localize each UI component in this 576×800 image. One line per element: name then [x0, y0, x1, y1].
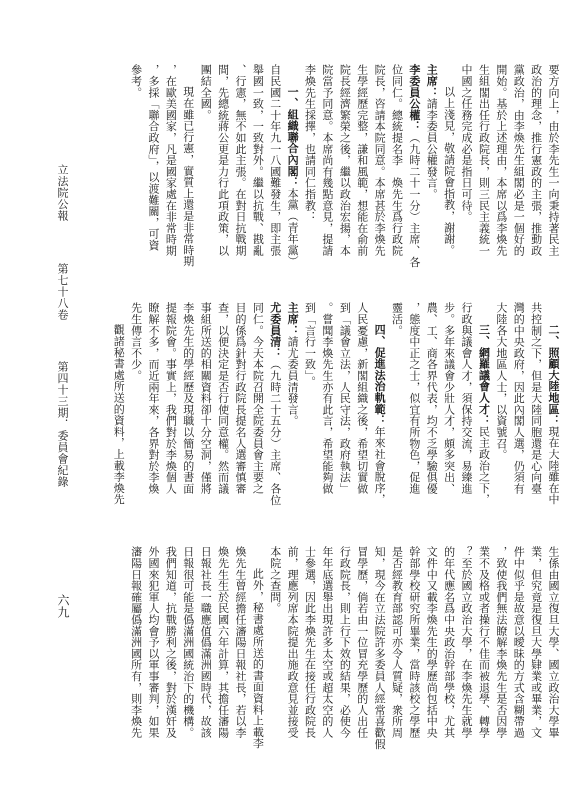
text-column: 士參選，因此李煥先生在接任行政院長	[301, 546, 318, 749]
bold-heading: 主席：	[425, 64, 438, 98]
bold-heading: 尤委員清：	[269, 302, 282, 359]
text-column: 院當予同意。本席尚有幾點意見，提請	[319, 64, 336, 267]
text-column: 日報社長一職應值僞滿洲國時代，故該	[197, 546, 214, 749]
text-column: 間，先總統蔣公更是力行此項政策，以	[214, 64, 231, 267]
text-column: 此外，秘書處所送的書面資料上載李	[249, 546, 266, 749]
text-column: ，多採「聯合政府」，以渡難關，可資	[145, 64, 162, 267]
text-column: 灣的中央政府，因此內閣人選，仍須有	[510, 302, 527, 505]
text-column: 政治的理念，推行憲政的主張，推動政	[527, 64, 544, 267]
text-column: 行政院長，則上行下效的結果，必使今	[336, 546, 353, 749]
text-column: 生係由國立復旦大學、國立政治大學畢	[545, 546, 562, 749]
text-column: ，在歐美國家，凡是國家處在非常時期	[162, 64, 179, 267]
journal-title: 立法院公報	[56, 164, 69, 222]
bold-heading: 一、組織聯合內閣：	[286, 86, 299, 188]
text-column: 共控制之下，但是大陸同胞還是心向臺	[527, 302, 544, 505]
text-column: 煥先生曾經擔任瀋陽日報社長，若以李	[232, 546, 249, 749]
journal-header: 立法院公報 第七十八卷 第四十三期．委員會紀錄	[54, 150, 70, 488]
text-column: 李委員公權：（九時二十一分）主席、各	[405, 64, 422, 267]
text-column: 三、網羅議會人才：民主政治之下，	[475, 302, 492, 505]
text-column: 生組閣出任行政院長，則三民主義統一	[475, 64, 492, 267]
text-column: 業，但究竟是復旦大學肄業或畢業，文	[527, 546, 544, 749]
text-column: 瞭解不多，而近兩年來，各界對於李煥	[145, 302, 162, 505]
text-column: 四、促進法治軌範：年來社會脫序，	[371, 302, 388, 505]
text-band-middle: 二、照顧大陸地區：現在大陸雖在中共控制之下，但是大陸同胞還是心向臺灣的中央政府，…	[110, 302, 562, 505]
text-column: 行政與議會人才，須保持交流，易臻進	[458, 302, 475, 505]
text-column: 前，理應列席本院提出施政意見並接受	[284, 546, 301, 749]
page-number: 六九	[55, 594, 72, 618]
bold-heading: 四、促進法治軌範：	[373, 324, 386, 426]
text-column: 院長，咨請本院同意。本席甚於李煥先	[371, 64, 388, 267]
text-column: 一、組織聯合內閣：本黨（青年黨）	[284, 64, 301, 267]
text-column: 李煥先生採擇，也請同仁指教：	[301, 64, 318, 267]
text-column: 二、照顧大陸地區：現在大陸雖在中	[545, 302, 562, 505]
bold-heading: 二、照顧大陸地區：	[547, 324, 560, 426]
text-column: 幹部學校研究所畢業，當時該校之學歷	[405, 546, 422, 749]
text-column: 主席：請尤委員清發言。	[284, 302, 301, 505]
text-column: 本院之查問。	[266, 546, 283, 749]
text-column: 大陸各大地區人士，以資號召。	[492, 302, 509, 505]
text-column: 要方向上，由於李先生一向秉持著民主	[545, 64, 562, 267]
text-column: 提報院會。事實上，我們對於李煥個人	[162, 302, 179, 505]
text-column: 到「言行一致」。	[301, 302, 318, 505]
text-column: 同仁。今天本院召開全院委員會主要之	[249, 302, 266, 505]
text-column: 件中似乎是故意以曖昧的方式含糊帶過	[510, 546, 527, 749]
text-column: 到「議會立法，人民守法，政府執法」	[336, 302, 353, 505]
text-column: 外國來犯軍人均會予以軍事審判，如果	[145, 546, 162, 749]
text-column: 是否經教育部認可亦令人質疑，衆所周	[388, 546, 405, 749]
text-column: 冒學歷，倘若由一位冒充學歷的人出任	[353, 546, 370, 749]
text-column: 位同仁。總統提名李 煥先生爲行政院	[388, 64, 405, 267]
text-column: 查，以便決定是否行使同意權。然而議	[214, 302, 231, 505]
text-band-lower: 生係由國立復旦大學、國立政治大學畢業，但究竟是復旦大學肄業或畢業，文件中似乎是故…	[127, 546, 562, 749]
text-column: ，態度中正之士，似宜有所物色，促進	[405, 302, 422, 505]
text-column: 舉國一致，一致對外。繼以抗戰、戡亂	[249, 64, 266, 267]
text-column: 李煥先生的學經歷及現職以簡易的書面	[179, 302, 196, 505]
bold-heading: 三、網羅議會人才：	[477, 324, 490, 426]
text-column: 自民國二十年九一八國難發生，即主張	[266, 64, 283, 267]
text-band-upper: 要方向上，由於李先生一向秉持著民主政治的理念，推行憲政的主張，推動政黨政治，由李…	[127, 64, 562, 267]
text-column: 現在雖已行憲，實質上還是非常時期	[179, 64, 196, 267]
text-column: 知，現今在立法院許多委員人經常喜歡假	[371, 546, 388, 749]
bold-heading: 李委員公權：	[408, 64, 421, 132]
text-column: 參考。	[127, 64, 144, 267]
text-column: 主席：請李委員公權發言。	[423, 64, 440, 267]
text-column: 院長經濟繁榮之後，繼以政治宏揚，本	[336, 64, 353, 267]
text-column: 事組所送的相關資料卻十分空洞，僅將	[197, 302, 214, 505]
text-column: 先生傳言不少。	[127, 302, 144, 505]
text-column: 日報很可能是僞滿洲國統治下的機構。	[179, 546, 196, 749]
text-column: 農、工、商各界代表，均不乏學驗俱優	[423, 302, 440, 505]
text-column: 文件中又載李煥先生的學歷尚包括中央	[423, 546, 440, 749]
text-column: 年年底選舉出現許多太空或超太空的人	[319, 546, 336, 749]
text-column: 生學經歷完整，謙和風範，想能在俞前	[353, 64, 370, 267]
text-column: 黨政治，由李煥先生組閣必是一個好的	[510, 64, 527, 267]
journal-issue: 第四十三期．委員會紀錄	[56, 361, 69, 488]
text-column: 步。多年來議會少壯人才，頗多突出、	[440, 302, 457, 505]
journal-volume: 第七十八卷	[56, 263, 69, 321]
text-column: 中國之任務完成必是指日可待。	[458, 64, 475, 267]
text-column: 靈活。	[388, 302, 405, 505]
bold-heading: 主席：	[286, 302, 299, 336]
text-column: 瀋陽日報確屬僞滿洲國所有，則李煥先	[127, 546, 144, 749]
text-column: 、行憲，無不如此主張。在對日抗戰期	[232, 64, 249, 267]
text-column: 以上淺見，敬請院會指教，謝謝。	[440, 64, 457, 267]
text-column: 目的係爲針對行政院長提名人選審慎審	[232, 302, 249, 505]
text-column: 。嘗聞李煥先生亦有此言，希望能夠做	[319, 302, 336, 505]
text-column: 業不及格或者操行不佳而被退學、轉學	[475, 546, 492, 749]
text-column: 我們知道，抗戰勝利之後，對於漢奸及	[162, 546, 179, 749]
text-column: 觀諸秘書處所送的資料，上載李煥先	[110, 302, 127, 505]
text-column: 人民憂慮，新閣組織之後，希望切實做	[353, 302, 370, 505]
text-column: 的年代應名爲中央政治幹部學校，尤其	[440, 546, 457, 749]
text-column: ？至於國立政治大學，在李煥先生就學	[458, 546, 475, 749]
text-column: ，致使我們無法瞭解李煥先生是否因學	[492, 546, 509, 749]
text-column: 煥先生生於民國六年計算，其擔任瀋陽	[214, 546, 231, 749]
text-column: 團結全國。	[197, 64, 214, 267]
text-column: 開始。基於上述理由，本席以爲李煥先	[492, 64, 509, 267]
text-column: 尤委員清：（九時二十五分）主席、各位	[266, 302, 283, 505]
